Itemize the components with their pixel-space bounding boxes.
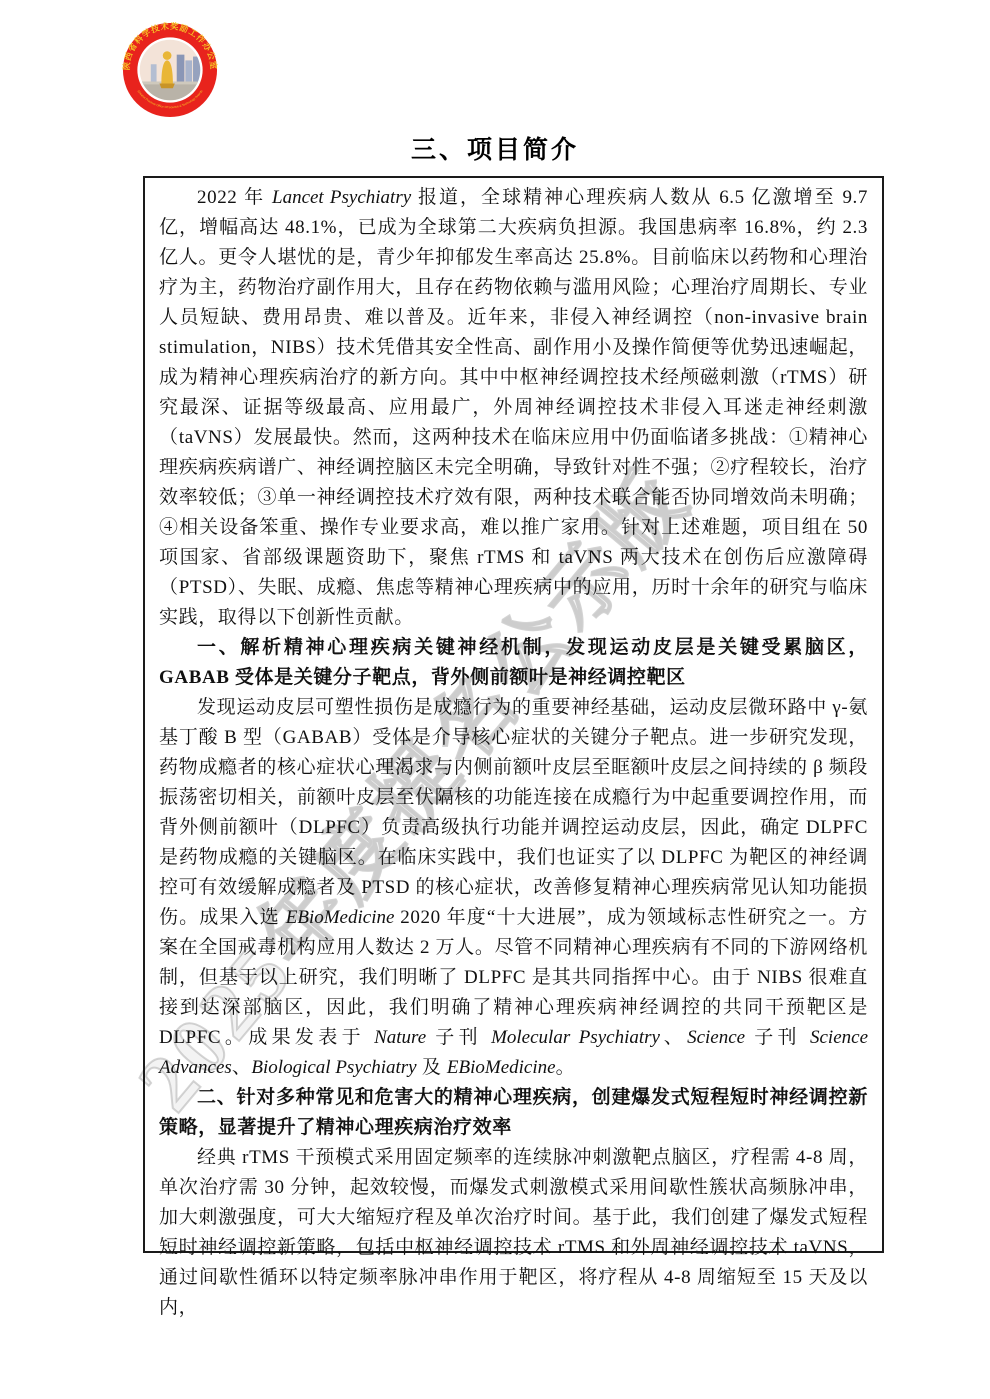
section-heading: 一、解析精神心理疾病关键神经机制，发现运动皮层是关键受累脑区，GABAB 受体是… — [159, 633, 868, 693]
statue-icon — [163, 51, 172, 60]
section-heading: 二、针对多种常见和危害大的精神心理疾病，创建爆发式短程短时神经调控新策略，显著提… — [159, 1083, 868, 1143]
page-title: 三、项目简介 — [0, 130, 990, 166]
content-box: 2022 年 Lancet Psychiatry 报道，全球精神心理疾病人数从 … — [143, 176, 884, 1253]
seal-emblem-icon: 陕西省科学技术奖励工作办公室 Shaanxi Province Office O… — [122, 22, 218, 118]
body-paragraph: 发现运动皮层可塑性损伤是成瘾行为的重要神经基础，运动皮层微环路中 γ-氨基丁酸 … — [159, 693, 868, 1083]
organization-seal: 陕西省科学技术奖励工作办公室 Shaanxi Province Office O… — [122, 22, 218, 118]
document-page: 陕西省科学技术奖励工作办公室 Shaanxi Province Office O… — [0, 0, 990, 1399]
body-paragraph: 2022 年 Lancet Psychiatry 报道，全球精神心理疾病人数从 … — [159, 183, 868, 633]
body-paragraph: 经典 rTMS 干预模式采用固定频率的连续脉冲刺激靶点脑区，疗程需 4-8 周，… — [159, 1143, 868, 1323]
